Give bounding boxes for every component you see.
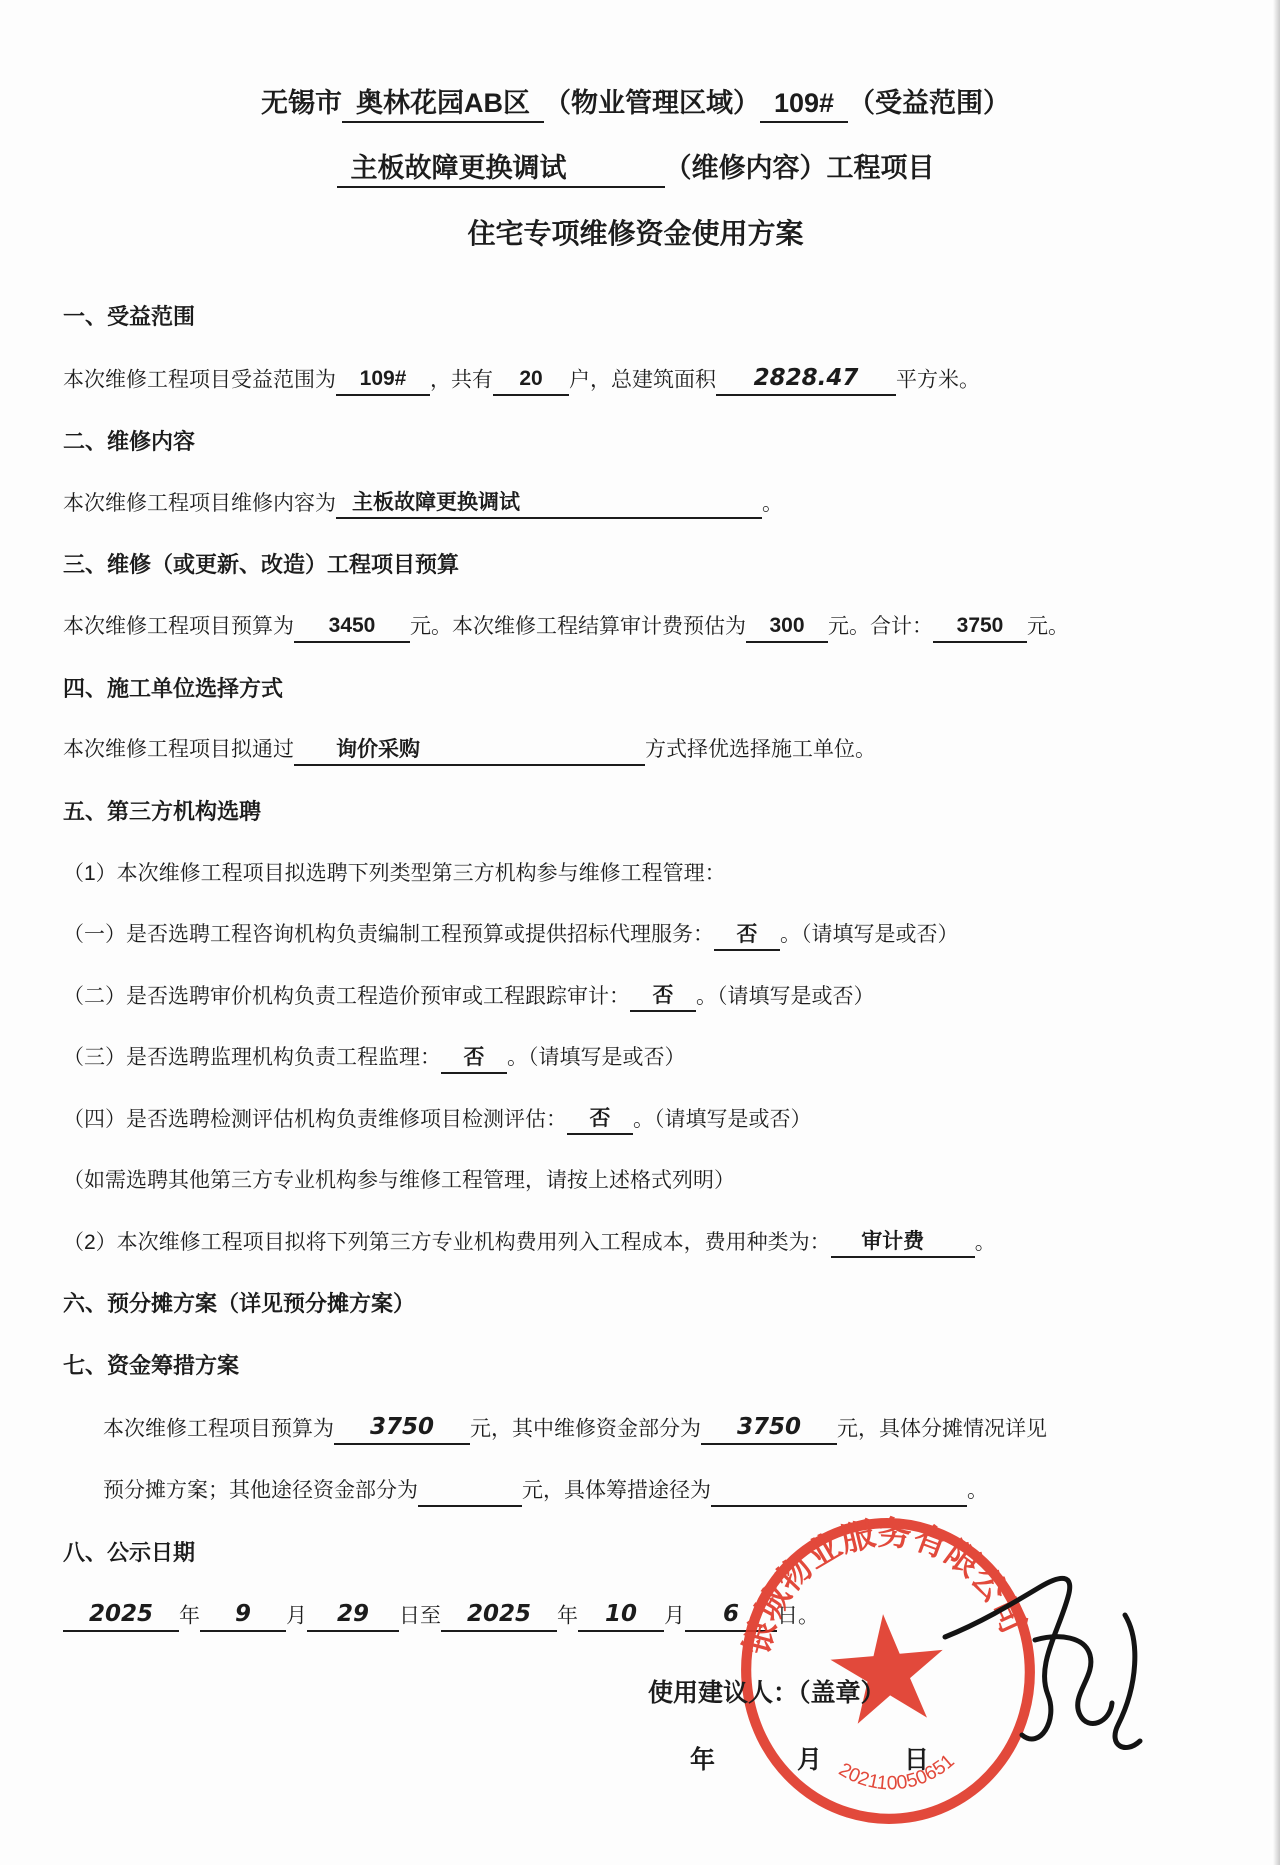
- section3-heading: 三、维修（或更新、改造）工程项目预算: [63, 549, 1208, 581]
- p2-text: （2）本次维修工程项目拟将下列第三方专业机构费用列入工程成本，费用种类为：: [63, 1231, 831, 1254]
- handwritten-start-day: 29: [337, 1601, 369, 1627]
- s3-text4: 元。: [1027, 615, 1069, 638]
- signature-date-line: 年 月 日: [690, 1740, 929, 1776]
- s7-text3: 元，具体分摊情况详见: [837, 1418, 1047, 1441]
- p2-suffix: 。: [975, 1231, 996, 1254]
- s1-text1: 本次维修工程项目受益范围为: [63, 368, 336, 391]
- handwritten-signature: [940, 1545, 1170, 1805]
- doc-title-line2: 主板故障更换调试（维修内容）工程项目: [63, 149, 1208, 188]
- blank-funding-channel: [711, 1505, 967, 1507]
- blank-maintenance-fund: 3750: [701, 1412, 837, 1445]
- date-text3: 日至: [399, 1604, 441, 1627]
- s7-text6: 。: [967, 1479, 988, 1502]
- section7-heading: 七、资金筹措方案: [63, 1350, 1208, 1382]
- blank-benefit-scope: 109#: [336, 365, 430, 395]
- s3-text1: 本次维修工程项目预算为: [63, 615, 294, 638]
- date-text2: 月: [286, 1604, 307, 1627]
- q3-text: （三）是否选聘监理机构负责工程监理：: [63, 1046, 441, 1069]
- s7-text4: 预分摊方案；其他途径资金部分为: [103, 1479, 418, 1502]
- blank-estate-name: 奥林花园AB区: [342, 85, 544, 123]
- blank-pricing-answer: 否: [630, 982, 696, 1012]
- section5-question1: （一）是否选聘工程咨询机构负责编制工程预算或提供招标代理服务：否。（请填写是或否…: [63, 919, 1208, 951]
- handwritten-end-month: 10: [605, 1601, 637, 1627]
- section1-heading: 一、受益范围: [63, 301, 1208, 333]
- s2-text1: 本次维修工程项目维修内容为: [63, 492, 336, 515]
- q2-suffix: 。（请填写是或否）: [696, 985, 875, 1008]
- month-label: 月: [797, 1740, 822, 1776]
- date-text5: 月: [664, 1604, 685, 1627]
- blank-start-month: 9: [200, 1599, 286, 1632]
- section5-item1: （1）本次维修工程项目拟选聘下列类型第三方机构参与维修工程管理：: [63, 858, 1208, 890]
- blank-repair-content: 主板故障更换调试: [336, 489, 762, 519]
- section7-line2: 预分摊方案；其他途径资金部分为元，具体筹措途径为。: [63, 1475, 1208, 1507]
- section5-item2: （2）本次维修工程项目拟将下列第三方专业机构费用列入工程成本，费用种类为：审计费…: [63, 1227, 1208, 1259]
- doc-title-line3: 住宅专项维修资金使用方案: [63, 214, 1208, 255]
- section5-question3: （三）是否选聘监理机构负责工程监理：否。（请填写是或否）: [63, 1042, 1208, 1074]
- section6-heading: 六、预分摊方案（详见预分摊方案）: [63, 1288, 1208, 1320]
- blank-building-area: 2828.47: [716, 363, 896, 396]
- s7-text1: 本次维修工程项目预算为: [103, 1418, 334, 1441]
- blank-funding-budget: 3750: [334, 1412, 470, 1445]
- s7-text2: 元，其中维修资金部分为: [470, 1418, 701, 1441]
- q2-text: （二）是否选聘审价机构负责工程造价预审或工程跟踪审计：: [63, 985, 630, 1008]
- q1-suffix: 。（请填写是或否）: [780, 923, 959, 946]
- day-label: 日: [904, 1740, 929, 1776]
- blank-fee-type: 审计费: [831, 1228, 975, 1258]
- s7-text5: 元，具体筹措途径为: [522, 1479, 711, 1502]
- date-text1: 年: [179, 1604, 200, 1627]
- title-mid: （物业管理区域）: [544, 88, 760, 118]
- s1-text3: 户，总建筑面积: [569, 368, 716, 391]
- blank-end-month: 10: [578, 1599, 664, 1632]
- handwritten-fund-value: 3750: [737, 1414, 801, 1440]
- date-text4: 年: [557, 1604, 578, 1627]
- q4-suffix: 。（请填写是或否）: [633, 1108, 812, 1131]
- s4-text1: 本次维修工程项目拟通过: [63, 738, 294, 761]
- s3-text3: 元。合计：: [828, 615, 933, 638]
- q1-text: （一）是否选聘工程咨询机构负责编制工程预算或提供招标代理服务：: [63, 923, 714, 946]
- blank-building-number: 109#: [760, 85, 848, 123]
- blank-supervision-answer: 否: [441, 1044, 507, 1074]
- document-page: 无锡市奥林花园AB区（物业管理区域）109#（受益范围） 主板故障更换调试（维修…: [0, 0, 1280, 1865]
- handwritten-area-value: 2828.47: [754, 365, 859, 391]
- blank-end-year: 2025: [441, 1599, 557, 1632]
- title-suffix: （受益范围）: [848, 88, 1010, 118]
- section3-body: 本次维修工程项目预算为3450元。本次维修工程结算审计费预估为300元。合计：3…: [63, 611, 1208, 643]
- blank-consulting-answer: 否: [714, 921, 780, 951]
- document-content: 无锡市奥林花园AB区（物业管理区域）109#（受益范围） 主板故障更换调试（维修…: [0, 0, 1280, 1632]
- blank-audit-fee: 300: [746, 612, 828, 642]
- handwritten-start-month: 9: [235, 1601, 251, 1627]
- blank-repair-content-title: 主板故障更换调试: [337, 150, 665, 188]
- q4-text: （四）是否选聘检测评估机构负责维修项目检测评估：: [63, 1108, 567, 1131]
- handwritten-start-year: 2025: [89, 1601, 153, 1627]
- section5-question4: （四）是否选聘检测评估机构负责维修项目检测评估：否。（请填写是或否）: [63, 1104, 1208, 1136]
- s4-text2: 方式择优选择施工单位。: [645, 738, 876, 761]
- section5-question2: （二）是否选聘审价机构负责工程造价预审或工程跟踪审计：否。（请填写是或否）: [63, 981, 1208, 1013]
- s1-text4: 平方米。: [896, 368, 980, 391]
- s3-text2: 元。本次维修工程结算审计费预估为: [410, 615, 746, 638]
- blank-other-funds: [418, 1505, 522, 1507]
- blank-selection-method: 询价采购: [294, 736, 645, 766]
- year-label: 年: [690, 1740, 715, 1776]
- section5-note: （如需选聘其他第三方专业机构参与维修工程管理，请按上述格式列明）: [63, 1165, 1208, 1197]
- blank-household-count: 20: [493, 365, 569, 395]
- blank-project-budget: 3450: [294, 612, 410, 642]
- section2-body: 本次维修工程项目维修内容为主板故障更换调试。: [63, 488, 1208, 520]
- proposer-seal-label: 使用建议人：（盖章）: [648, 1673, 886, 1709]
- section7-line1: 本次维修工程项目预算为3750元，其中维修资金部分为3750元，具体分摊情况详见: [63, 1412, 1208, 1445]
- title-prefix: 无锡市: [261, 88, 342, 118]
- section5-heading: 五、第三方机构选聘: [63, 796, 1208, 828]
- q3-suffix: 。（请填写是或否）: [507, 1046, 686, 1069]
- title2-suffix: （维修内容）工程项目: [665, 153, 935, 183]
- handwritten-budget-value: 3750: [370, 1414, 434, 1440]
- handwritten-end-year: 2025: [467, 1601, 531, 1627]
- blank-assessment-answer: 否: [567, 1105, 633, 1135]
- doc-title-line1: 无锡市奥林花园AB区（物业管理区域）109#（受益范围）: [63, 84, 1208, 123]
- blank-start-day: 29: [307, 1599, 399, 1632]
- section4-heading: 四、施工单位选择方式: [63, 673, 1208, 705]
- s2-text2: 。: [762, 492, 783, 515]
- blank-total-amount: 3750: [933, 612, 1027, 642]
- s1-text2: ，共有: [430, 368, 493, 391]
- section1-body: 本次维修工程项目受益范围为109#，共有20户，总建筑面积2828.47平方米。: [63, 363, 1208, 396]
- section4-body: 本次维修工程项目拟通过询价采购方式择优选择施工单位。: [63, 734, 1208, 766]
- section2-heading: 二、维修内容: [63, 426, 1208, 458]
- blank-start-year: 2025: [63, 1599, 179, 1632]
